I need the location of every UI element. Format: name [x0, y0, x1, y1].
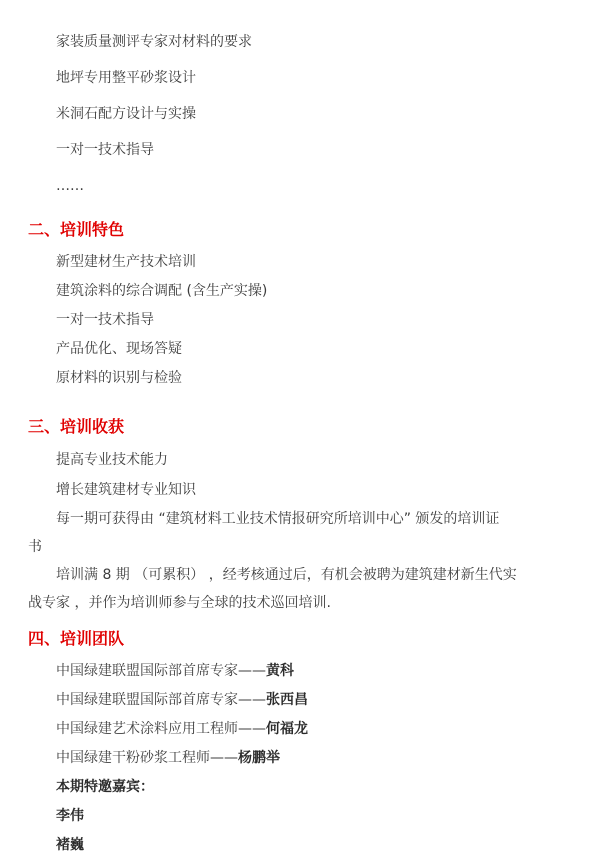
- guest-name: 褚巍: [28, 831, 570, 860]
- team-member-row: 中国绿建联盟国际部首席专家——黄科: [28, 657, 570, 686]
- feature-item: 产品优化、现场答疑: [28, 335, 570, 364]
- section-training-features: 二、培训特色 新型建材生产技术培训 建筑涂料的综合调配 (含生产实操) 一对一技…: [28, 218, 570, 393]
- gain-item: 提高专业技术能力: [28, 445, 570, 475]
- section-heading-gains: 三、培训收获: [28, 415, 570, 439]
- intro-line: 一对一技术指导: [28, 132, 570, 168]
- intro-line: 家装质量测评专家对材料的要求: [28, 24, 570, 60]
- em-dash: ——: [238, 663, 266, 679]
- em-dash: ——: [238, 692, 266, 708]
- intro-line: 米洞石配方设计与实操: [28, 96, 570, 132]
- certificate-paragraph-line: 书: [28, 533, 570, 561]
- intro-section: 家装质量测评专家对材料的要求 地坪专用整平砂浆设计 米洞石配方设计与实操 一对一…: [28, 24, 570, 204]
- gain-item: 增长建筑建材专业知识: [28, 475, 570, 505]
- hire-paragraph-line: 培训满 8 期 （可累积） ，经考核通过后，有机会被聘为建筑建材新生代实: [28, 561, 570, 589]
- member-role: 中国绿建联盟国际部首席专家: [56, 663, 238, 679]
- member-role: 中国绿建干粉砂浆工程师: [56, 750, 210, 766]
- hire-paragraph: 培训满 8 期 （可累积） ，经考核通过后，有机会被聘为建筑建材新生代实 战专家…: [28, 561, 570, 617]
- member-name: 张西昌: [266, 692, 308, 708]
- em-dash: ——: [238, 721, 266, 737]
- intro-ellipsis: ……: [28, 168, 570, 204]
- certificate-paragraph-line: 每一期可获得由 “建筑材料工业技术情报研究所培训中心” 颁发的培训证: [28, 505, 570, 533]
- document-page: 家装质量测评专家对材料的要求 地坪专用整平砂浆设计 米洞石配方设计与实操 一对一…: [0, 0, 600, 865]
- member-role: 中国绿建艺术涂料应用工程师: [56, 721, 238, 737]
- guests-label: 本期特邀嘉宾：: [28, 773, 570, 802]
- team-member-row: 中国绿建干粉砂浆工程师——杨鹏举: [28, 744, 570, 773]
- feature-item: 新型建材生产技术培训: [28, 248, 570, 277]
- member-name: 黄科: [266, 663, 294, 679]
- feature-item: 原材料的识别与检验: [28, 364, 570, 393]
- guest-name: 李伟: [28, 802, 570, 831]
- feature-item: 一对一技术指导: [28, 306, 570, 335]
- member-name: 何福龙: [266, 721, 308, 737]
- team-member-row: 中国绿建艺术涂料应用工程师——何福龙: [28, 715, 570, 744]
- section-training-gains: 三、培训收获 提高专业技术能力 增长建筑建材专业知识 每一期可获得由 “建筑材料…: [28, 415, 570, 617]
- section-training-team: 四、培训团队 中国绿建联盟国际部首席专家——黄科 中国绿建联盟国际部首席专家——…: [28, 627, 570, 860]
- member-role: 中国绿建联盟国际部首席专家: [56, 692, 238, 708]
- intro-line: 地坪专用整平砂浆设计: [28, 60, 570, 96]
- team-member-row: 中国绿建联盟国际部首席专家——张西昌: [28, 686, 570, 715]
- section-heading-features: 二、培训特色: [28, 218, 570, 242]
- hire-paragraph-line: 战专家 ，并作为培训师参与全球的技术巡回培训.: [28, 589, 570, 617]
- feature-item: 建筑涂料的综合调配 (含生产实操): [28, 277, 570, 306]
- section-heading-team: 四、培训团队: [28, 627, 570, 651]
- certificate-paragraph: 每一期可获得由 “建筑材料工业技术情报研究所培训中心” 颁发的培训证 书: [28, 505, 570, 561]
- member-name: 杨鹏举: [238, 750, 280, 766]
- em-dash: ——: [210, 750, 238, 766]
